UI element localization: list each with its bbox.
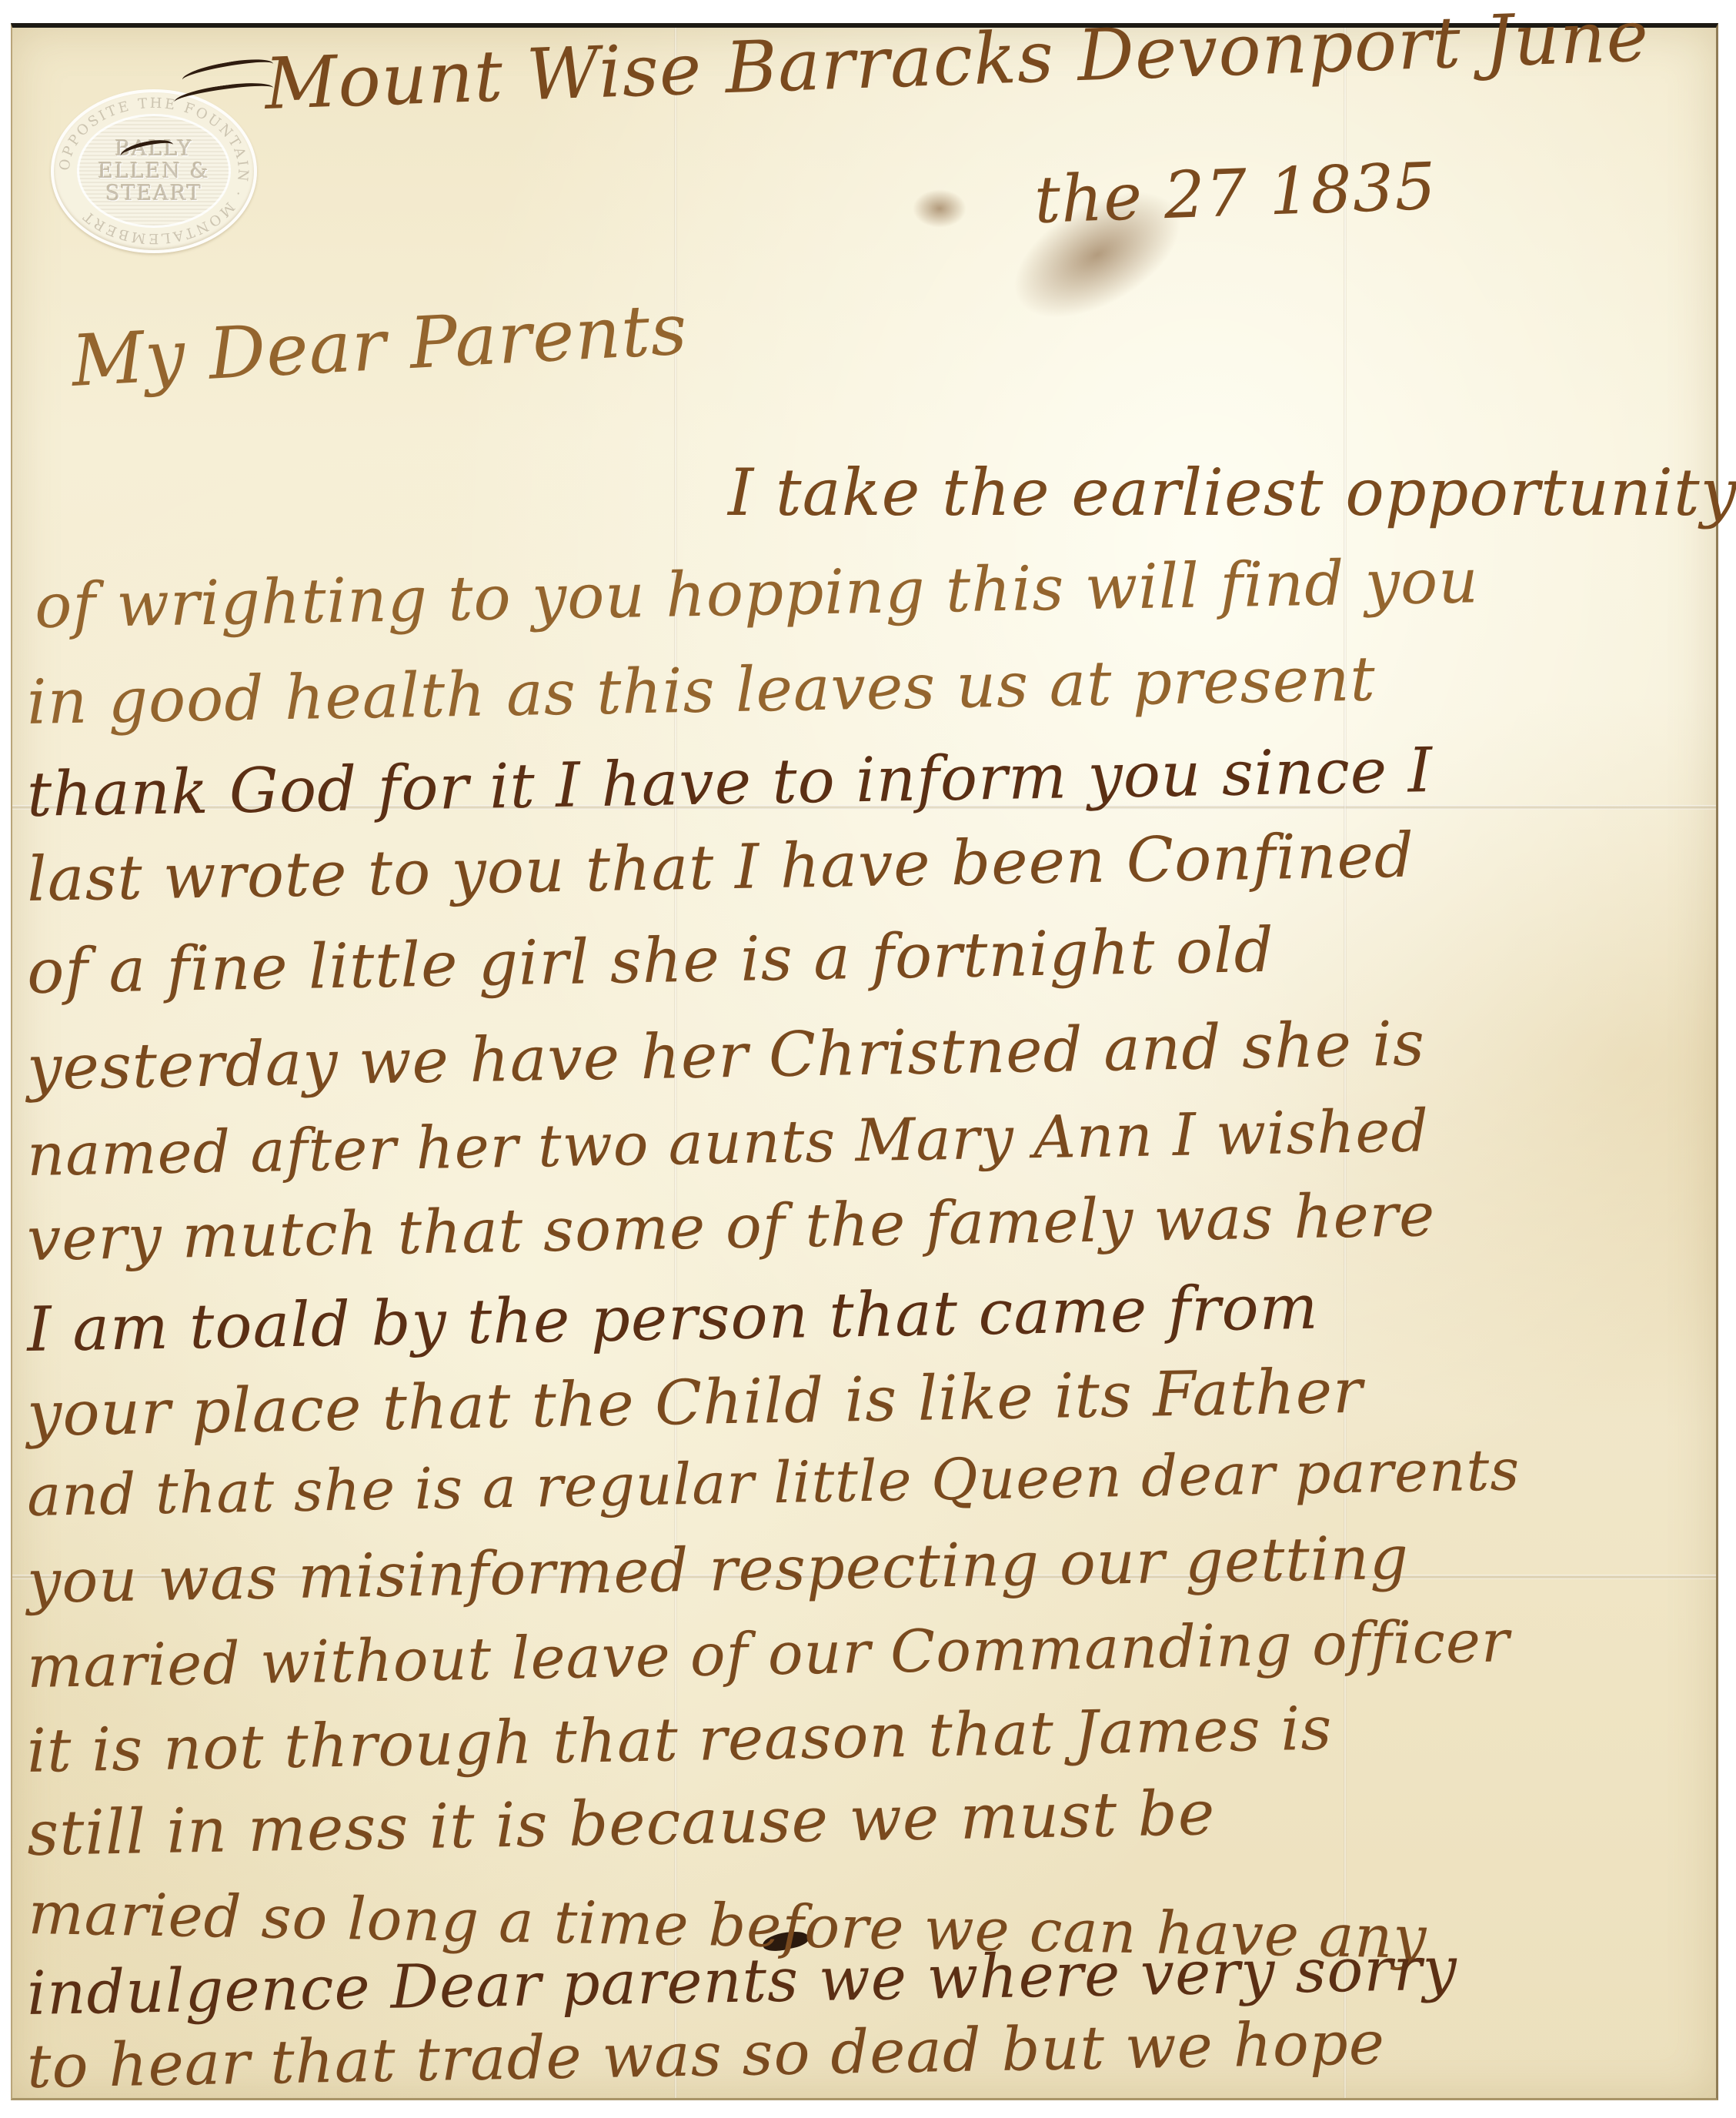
body-line-5: last wrote to you that I have been Confi…: [26, 820, 1414, 915]
letter-date: the 27 1835: [1033, 149, 1438, 238]
body-line-1: I take the earliest opportunity: [728, 455, 1736, 530]
ink-smudge: [913, 189, 966, 228]
seal-line-2: ELLEN &: [98, 161, 210, 182]
letter-sheet: OPPOSITE THE FOUNTAIN · MONTALEMBERT BAL…: [11, 23, 1718, 2100]
body-line-7: yesterday we have her Christned and she …: [26, 1007, 1425, 1104]
body-line-9: very mutch that some of the famely was h…: [26, 1181, 1435, 1274]
body-line-10: I am toald by the person that came from: [26, 1271, 1319, 1365]
body-line-15: it is not through that reason that James…: [26, 1694, 1333, 1786]
body-line-3: in good health as this leaves us at pres…: [26, 643, 1376, 738]
letter-place-heading: Mount Wise Barracks Devonport June: [263, 0, 1650, 125]
body-line-4: thank God for it I have to inform you si…: [26, 734, 1434, 830]
body-line-12: and that she is a regular little Queen d…: [26, 1437, 1520, 1529]
body-line-13: you was misinformed respecting our getti…: [26, 1524, 1409, 1617]
body-line-8: named after her two aunts Mary Ann I wis…: [26, 1096, 1429, 1189]
body-line-16: still in mess it is because we must be: [26, 1777, 1216, 1869]
letter-salutation: My Dear Parents: [69, 288, 689, 403]
body-line-11: your place that the Child is like its Fa…: [26, 1355, 1364, 1450]
body-line-14: maried without leave of our Commanding o…: [26, 1606, 1510, 1701]
body-line-2: of wrighting to you hopping this will fi…: [34, 545, 1479, 642]
seal-line-3: STEART: [105, 183, 202, 204]
seal-center: BALLY ELLEN & STEART: [77, 114, 231, 228]
body-line-6: of a fine little girl she is a fortnight…: [26, 914, 1274, 1007]
embossed-seal: OPPOSITE THE FOUNTAIN · MONTALEMBERT BAL…: [51, 89, 257, 253]
